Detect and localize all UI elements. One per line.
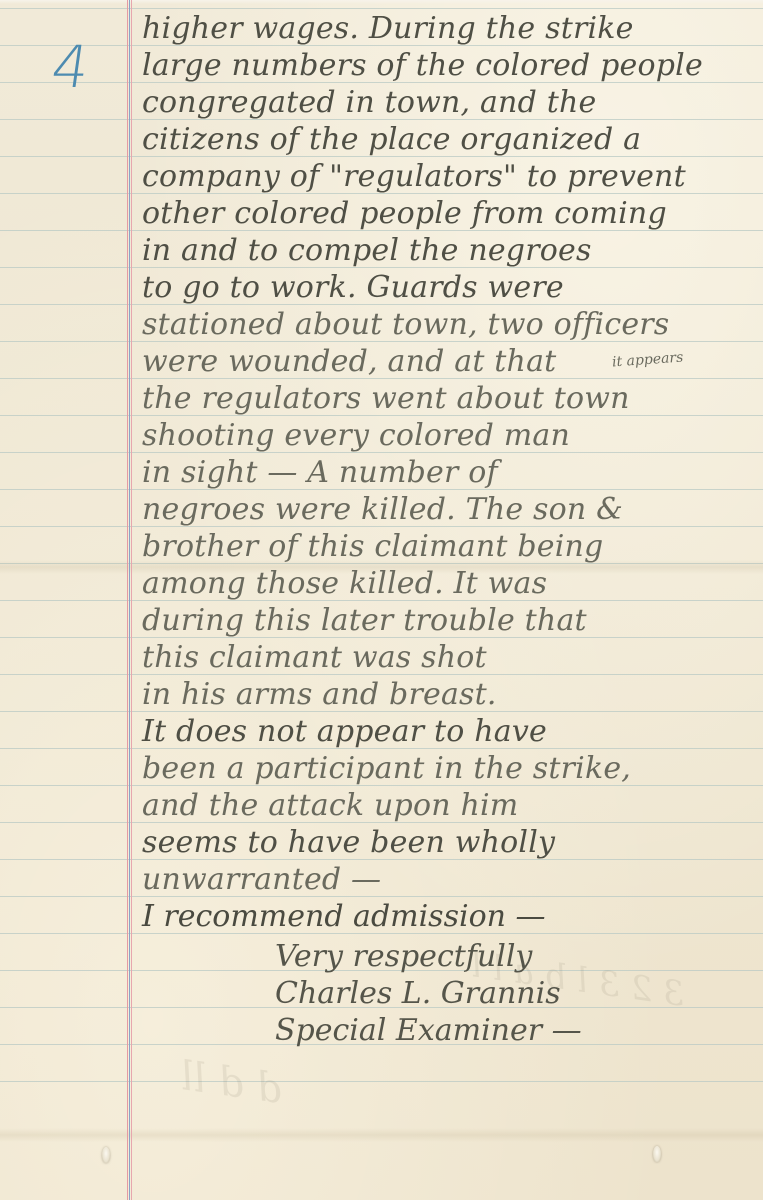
text-line: shooting every colored man bbox=[142, 417, 570, 454]
text-line: seems to have been wholly bbox=[142, 824, 555, 861]
paper-crease bbox=[0, 1128, 763, 1142]
text-line: during this later trouble that bbox=[142, 602, 587, 639]
text-line: citizens of the place organized a bbox=[142, 121, 641, 158]
text-line: been a participant in the strike, bbox=[142, 750, 631, 787]
text-line: negroes were killed. The son & bbox=[142, 491, 623, 528]
punch-hole bbox=[102, 1147, 110, 1163]
signature-name: Charles L. Grannis bbox=[275, 975, 561, 1012]
rule-line bbox=[0, 896, 763, 897]
margin-line-blue bbox=[129, 0, 130, 1200]
text-line: stationed about town, two officers bbox=[142, 306, 669, 343]
text-line: this claimant was shot bbox=[142, 639, 487, 676]
recommendation-line: I recommend admission — bbox=[142, 898, 546, 935]
text-line: and the attack upon him bbox=[142, 787, 518, 824]
margin-line-pink bbox=[127, 0, 128, 1200]
closing-salutation: Very respectfully bbox=[275, 938, 532, 975]
margin-line-pink bbox=[131, 0, 132, 1200]
text-line: It does not appear to have bbox=[142, 713, 547, 750]
text-line: the regulators went about town bbox=[142, 380, 630, 417]
text-line: to go to work. Guards were bbox=[142, 269, 564, 306]
text-line: congregated in town, and the bbox=[142, 84, 596, 121]
rule-line bbox=[0, 1081, 763, 1082]
text-line: company of "regulators" to prevent bbox=[142, 158, 686, 195]
punch-hole bbox=[653, 1146, 661, 1162]
text-line: among those killed. It was bbox=[142, 565, 547, 602]
text-line: in his arms and breast. bbox=[142, 676, 497, 713]
text-line: in sight — A number of bbox=[142, 454, 498, 491]
text-line: higher wages. During the strike bbox=[142, 10, 634, 47]
signature-title: Special Examiner — bbox=[275, 1012, 582, 1049]
rule-line bbox=[0, 8, 763, 9]
text-line: unwarranted — bbox=[142, 861, 381, 898]
text-line: other colored people from coming bbox=[142, 195, 667, 232]
text-line: in and to compel the negroes bbox=[142, 232, 592, 269]
text-line: brother of this claimant being bbox=[142, 528, 603, 565]
handwritten-document-page: d d ll 3 2 3 l b a l l 4 higher wages. D… bbox=[0, 0, 763, 1200]
text-line: were wounded, and at that bbox=[142, 343, 556, 380]
text-line: large numbers of the colored people bbox=[142, 47, 703, 84]
